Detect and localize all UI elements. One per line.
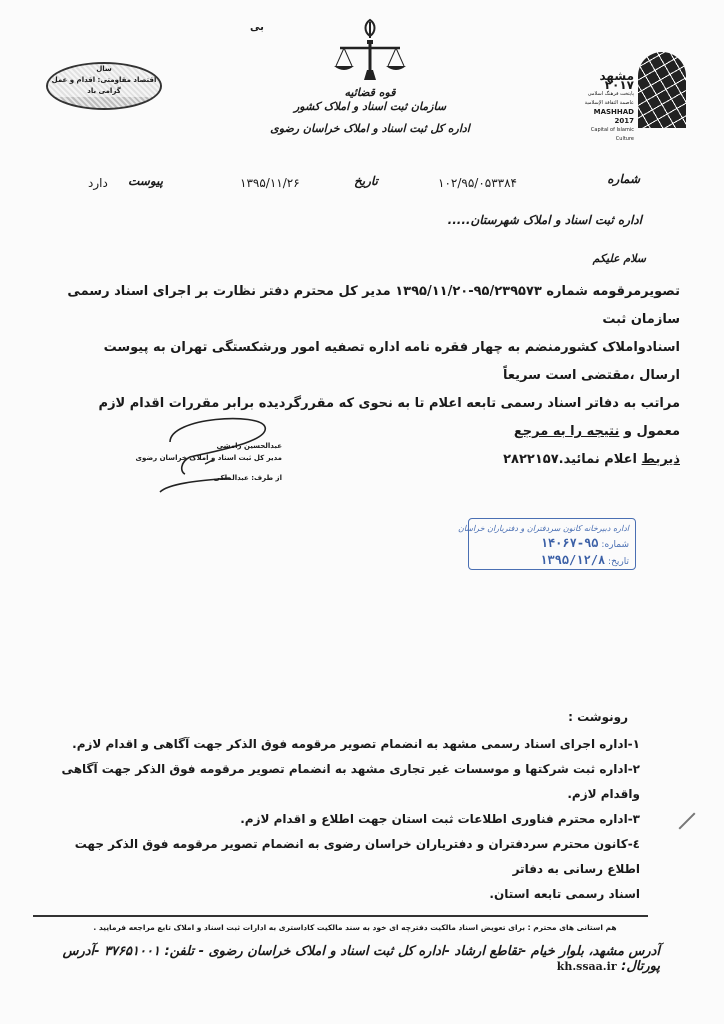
attachment-label: پیوست [128, 174, 163, 188]
mashhad-2017-logo: مشهد ۲۰۱۷ پایتخت فرهنگ اسلامی عاصمة الثق… [520, 52, 700, 132]
greeting: سلام علیکم [593, 252, 646, 265]
scales-of-justice-icon [330, 18, 410, 84]
judiciary-title: قوه قضائیه [300, 86, 440, 99]
portal-link[interactable]: kh.ssaa.ir [557, 960, 617, 973]
stamp-line-2: اقتصاد مقاومتی: اقدام و عمل [48, 75, 160, 86]
slogan-stamp: سال اقتصاد مقاومتی: اقدام و عمل گرامی با… [46, 62, 162, 110]
body-line-2: اسنادواملاک کشورمنضم به چهار فقره نامه ا… [60, 334, 680, 390]
pen-mark [679, 813, 696, 830]
receipt-date-label: تاریخ: [608, 557, 629, 567]
footer-address: آدرس مشهد، بلوار خیام -تقاطع ارشاد -ادار… [40, 944, 660, 974]
letter-page: بی قوه قضائیه سازمان ثبت اسناد و املاک ک… [0, 0, 724, 1024]
signature-block: عبدالحسین رامشی مدیر کل ثبت اسناد و املا… [150, 412, 270, 492]
signatory-title: مدیر کل ثبت اسناد و املاک خراسان رضوی [132, 454, 282, 462]
department-title: اداره کل ثبت اسناد و املاک خراسان رضوی [270, 122, 470, 135]
date-label: تاریخ [354, 174, 378, 188]
receipt-stamp: اداره دبیرخانه کانون سردفتران و دفتریارا… [468, 518, 636, 570]
body-line-4-underlined: ذیربط [642, 452, 680, 467]
receipt-number-label: شماره: [601, 540, 629, 550]
number-value: ۱۰۲/۹۵/۰۵۳۳۸۴ [438, 176, 517, 190]
receipt-date-row: تاریخ: ۱۳۹۵/۱۲/۸ [475, 553, 629, 570]
addressee: اداره ثبت اسناد و املاک شهرستان..... [448, 213, 642, 227]
signature-note: از طرف: عبدالملکی [132, 474, 282, 482]
cc-item: ۱-اداره اجرای اسناد رسمی مشهد به انضمام … [40, 732, 640, 757]
body-line-4-text: اعلام نمائید.۲۸۲۲۱۵۷ [503, 452, 641, 467]
number-label: شماره [607, 172, 640, 186]
cc-item: ٤-کانون محترم سردفتران و دفتریاران خراسا… [40, 832, 640, 882]
globe-dome-icon [638, 52, 686, 128]
cc-item: ۳-اداره محترم فناوری اطلاعات ثبت استان ج… [40, 807, 640, 832]
body-line-3-underlined: نتیجه را به مرجع [514, 424, 619, 439]
cc-title: رونوشت : [568, 710, 628, 724]
receipt-number-value: ۹۵-۱۴۰۶۷ [541, 536, 599, 550]
stamp-line-1: سال [48, 64, 160, 75]
receipt-header: اداره دبیرخانه کانون سردفتران و دفتریارا… [475, 521, 629, 536]
receipt-date-value: ۱۳۹۵/۱۲/۸ [540, 553, 605, 567]
cc-list: ۱-اداره اجرای اسناد رسمی مشهد به انضمام … [40, 732, 640, 907]
cc-item: ۲-اداره ثبت شرکتها و موسسات غیر تجاری مش… [40, 757, 640, 807]
footer-divider [33, 915, 648, 917]
attachment-value: دارد [88, 176, 108, 190]
receipt-number-row: شماره: ۹۵-۱۴۰۶۷ [475, 536, 629, 553]
cc-item: اسناد رسمی تابعه استان. [40, 882, 640, 907]
stamp-line-3: گرامی باد [48, 86, 160, 97]
signatory-name: عبدالحسین رامشی [132, 442, 282, 450]
logo-title: مشهد ۲۰۱۷ [574, 72, 634, 90]
body-line-1: تصویرمرقومه شماره ۹۵/۲۳۹۵۷۳-۱۳۹۵/۱۱/۲۰ م… [60, 278, 680, 334]
date-value: ۱۳۹۵/۱۱/۲۶ [240, 176, 300, 190]
judiciary-emblem [300, 18, 440, 84]
logo-english: MASHHAD 2017 [574, 108, 634, 126]
logo-subtitle-1: پایتخت فرهنگ اسلامی [574, 90, 634, 99]
logo-english-sub: Capital of Islamic Culture [574, 126, 634, 144]
organization-title: سازمان ثبت اسناد و املاک کشور [280, 100, 460, 113]
logo-subtitle-2: عاصمة الثقافة الإسلامية [574, 99, 634, 108]
footer-note: هم استانی های محترم : برای تعویض اسناد م… [60, 923, 650, 932]
top-mark: بی [250, 22, 264, 33]
